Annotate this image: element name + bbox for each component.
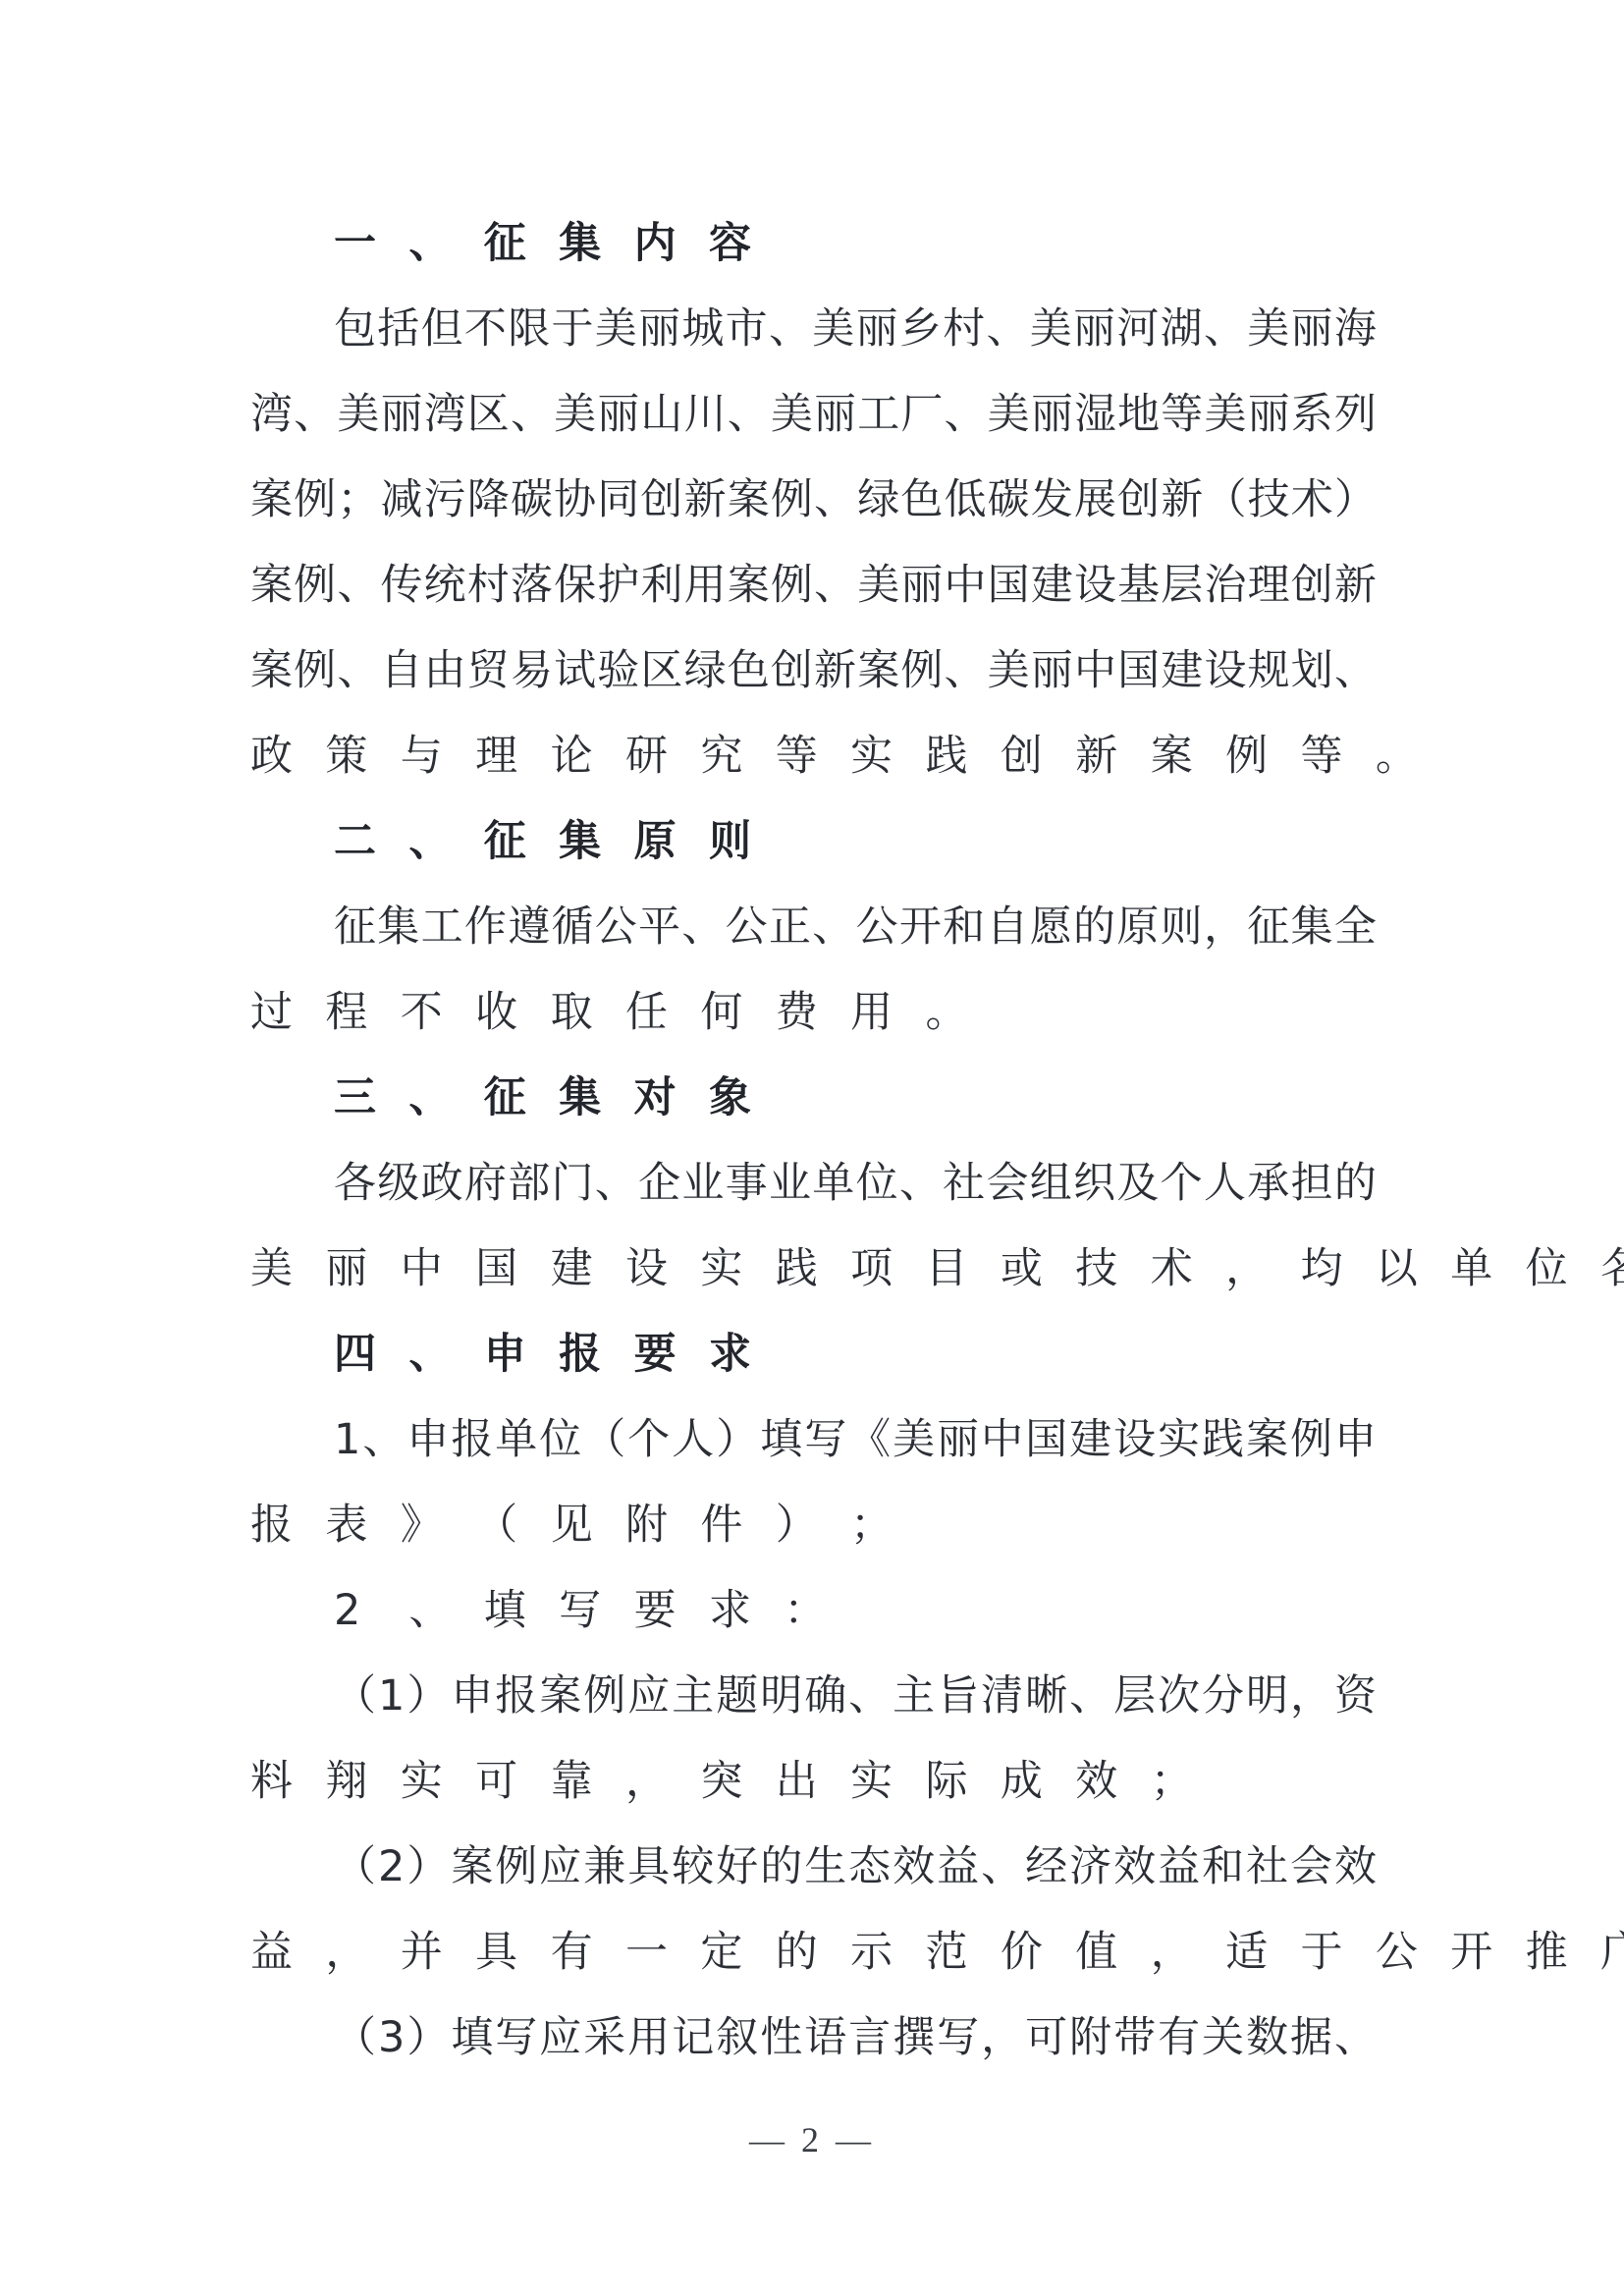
section-heading: 三、征集对象 [334, 1070, 1377, 1125]
paragraph-line: 过程不收取任何费用。 [250, 985, 1377, 1040]
document-page: 一、征集内容包括但不限于美丽城市、美丽乡村、美丽河湖、美丽海湾、美丽湾区、美丽山… [0, 0, 1624, 2296]
paragraph-line: （1）申报案例应主题明确、主旨清晰、层次分明，资 [334, 1668, 1377, 1723]
paragraph-line: 湾、美丽湾区、美丽山川、美丽工厂、美丽湿地等美丽系列 [250, 387, 1377, 442]
paragraph-line: 益，并具有一定的示范价值，适于公开推广； [250, 1925, 1377, 1980]
paragraph-line: 包括但不限于美丽城市、美丽乡村、美丽河湖、美丽海 [334, 301, 1377, 356]
paragraph-line: （3）填写应采用记叙性语言撰写，可附带有关数据、 [334, 2010, 1377, 2065]
paragraph-line: 2、填写要求： [334, 1583, 1377, 1638]
paragraph-line: 料翔实可靠，突出实际成效； [250, 1754, 1377, 1809]
section-heading: 四、申报要求 [334, 1327, 1377, 1382]
paragraph-line: 报表》（见附件）； [250, 1498, 1377, 1553]
paragraph-line: 案例、传统村落保护利用案例、美丽中国建设基层治理创新 [250, 558, 1377, 613]
paragraph-line: （2）案例应兼具较好的生态效益、经济效益和社会效 [334, 1839, 1377, 1894]
section-heading: 一、征集内容 [334, 216, 1377, 271]
page-number: — 2 — [0, 2119, 1624, 2160]
paragraph-line: 案例、自由贸易试验区绿色创新案例、美丽中国建设规划、 [250, 643, 1377, 698]
paragraph-line: 政策与理论研究等实践创新案例等。 [250, 729, 1377, 784]
section-heading: 二、征集原则 [334, 814, 1377, 869]
paragraph-line: 美丽中国建设实践项目或技术，均以单位名义申报。 [250, 1241, 1377, 1296]
paragraph-line: 征集工作遵循公平、公正、公开和自愿的原则，征集全 [334, 900, 1377, 955]
paragraph-line: 各级政府部门、企业事业单位、社会组织及个人承担的 [334, 1156, 1377, 1211]
paragraph-line: 1、申报单位（个人）填写《美丽中国建设实践案例申 [334, 1412, 1377, 1467]
paragraph-line: 案例；减污降碳协同创新案例、绿色低碳发展创新（技术） [250, 472, 1377, 527]
